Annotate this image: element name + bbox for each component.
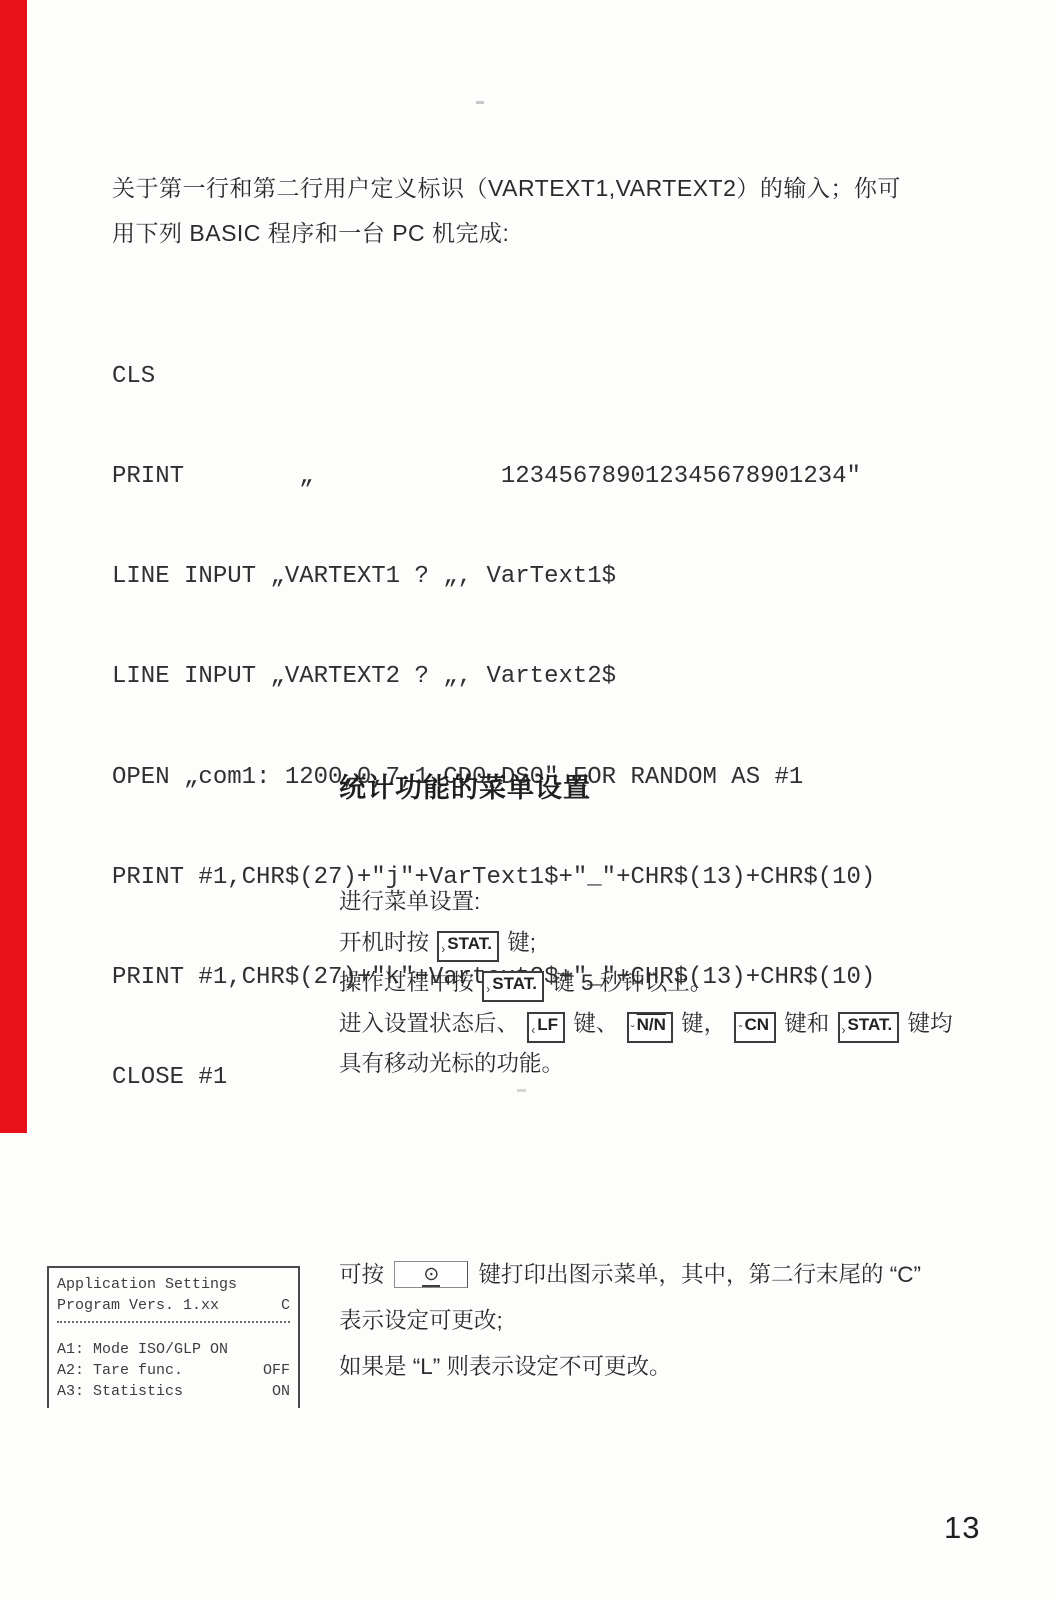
printout-version-text: Program Vers. 1.xx (57, 1295, 219, 1316)
printout-title: Application Settings (57, 1274, 290, 1295)
menu-line-3-text: 操作过程中按 (339, 970, 474, 995)
printout-row-a2: A2: Tare func. OFF (57, 1360, 290, 1381)
nn-key-corner-icon: ˇ (631, 1023, 635, 1037)
cn-key-corner-icon: ˆ (738, 1023, 742, 1037)
lf-key-corner-icon: ‹ (531, 1023, 535, 1037)
stat-key-corner-icon: › (842, 1023, 846, 1037)
stat-key: ›STAT. (482, 971, 544, 1002)
menu-line-2: 开机时按 ›STAT. 键; (339, 923, 999, 964)
printout-row-a1: A1: Mode ISO/GLP ON (57, 1339, 290, 1360)
printout-row-a3: A3: Statistics ON (57, 1381, 290, 1402)
menu-line-4-text: 键和 (784, 1011, 829, 1036)
menu-line-4-text: 键均 (908, 1011, 953, 1036)
menu-line-3-text: 键 5 秒钟以上。 (552, 970, 712, 995)
manual-page: 关于第一行和第二行用户定义标识（VARTEXT1,VARTEXT2）的输入；你可… (0, 0, 1056, 1600)
intro-line-2: 用下列 BASIC 程序和一台 PC 机完成: (112, 211, 972, 256)
printout-row-label: A1: Mode ISO/GLP ON (57, 1339, 228, 1360)
note-line-1-text: 可按 (339, 1262, 384, 1287)
red-edge-stripe (0, 0, 27, 1133)
note-line-2: 表示设定可更改; (339, 1298, 1039, 1344)
note-line-1: 可按 ⊙ 键打印出图示菜单，其中，第二行末尾的 “C” (339, 1252, 1039, 1298)
stat-key-label: STAT. (447, 934, 492, 953)
print-key: ⊙ (394, 1261, 468, 1288)
note-line-3: 如果是 “L” 则表示设定不可更改。 (339, 1344, 1039, 1390)
printout-row-label: A3: Statistics (57, 1381, 183, 1402)
intro-line-1: 关于第一行和第二行用户定义标识（VARTEXT1,VARTEXT2）的输入；你可 (112, 166, 972, 211)
menu-line-4-text: 进入设置状态后、 (339, 1011, 519, 1036)
lf-key-label: LF (537, 1015, 558, 1034)
menu-line-2-text: 开机时按 (339, 930, 429, 955)
printout-title-text: Application Settings (57, 1274, 237, 1295)
page-number: 13 (944, 1510, 980, 1546)
printout-settings-rows: A1: Mode ISO/GLP ON A2: Tare func. OFF A… (57, 1339, 290, 1402)
code-line: PRINT „ 123456789012345678901234" (112, 460, 875, 493)
printout-row-value: OFF (263, 1360, 290, 1381)
printout-row-label: A2: Tare func. (57, 1360, 183, 1381)
menu-line-2-text: 键; (507, 930, 536, 955)
stat-key-label: STAT. (492, 974, 537, 993)
menu-line-3: 操作过程中按 ›STAT. 键 5 秒钟以上。 (339, 963, 999, 1004)
cn-key: ˆCN (734, 1012, 776, 1043)
menu-line-4-text: 键、 (573, 1011, 618, 1036)
nn-key-label: N/N (637, 1015, 666, 1034)
note-line-1-text: 键打印出图示菜单，其中，第二行末尾的 “C” (479, 1262, 922, 1287)
lf-key: ‹LF (527, 1012, 565, 1043)
printout-version-row: Program Vers. 1.xx C (57, 1295, 290, 1316)
stat-key-label: STAT. (848, 1015, 893, 1034)
menu-line-5: 具有移动光标的功能。 (339, 1044, 999, 1085)
printout-header: Application Settings Program Vers. 1.xx … (57, 1274, 290, 1323)
stat-key: ›STAT. (838, 1012, 900, 1043)
menu-line-1: 进行菜单设置: (339, 882, 999, 923)
menu-line-4-text: 键， (681, 1011, 726, 1036)
code-line: LINE INPUT „VARTEXT2 ? „, Vartext2$ (112, 660, 875, 693)
section-heading: 统计功能的菜单设置 (339, 766, 591, 805)
menu-setup-paragraph: 进行菜单设置: 开机时按 ›STAT. 键; 操作过程中按 ›STAT. 键 5… (339, 882, 999, 1085)
code-line: CLS (112, 360, 875, 393)
menu-line-4: 进入设置状态后、 ‹LF 键、 ˇN/N 键， ˆCN 键和 ›STAT. 键均 (339, 1004, 999, 1045)
cn-key-label: CN (744, 1015, 769, 1034)
nn-key: ˇN/N (627, 1012, 673, 1043)
stat-key: ›STAT. (437, 931, 499, 962)
application-settings-printout: Application Settings Program Vers. 1.xx … (47, 1266, 300, 1408)
code-line: LINE INPUT „VARTEXT1 ? „, VarText1$ (112, 560, 875, 593)
printout-row-value: ON (272, 1381, 290, 1402)
intro-paragraph: 关于第一行和第二行用户定义标识（VARTEXT1,VARTEXT2）的输入；你可… (112, 166, 972, 256)
print-note-paragraph: 可按 ⊙ 键打印出图示菜单，其中，第二行末尾的 “C” 表示设定可更改; 如果是… (339, 1252, 1039, 1390)
printout-changeable-flag: C (281, 1295, 290, 1316)
stat-key-corner-icon: › (486, 982, 490, 996)
print-key-icon: ⊙ (422, 1265, 440, 1287)
scan-artifact-top (476, 101, 484, 104)
stat-key-corner-icon: › (441, 942, 445, 956)
